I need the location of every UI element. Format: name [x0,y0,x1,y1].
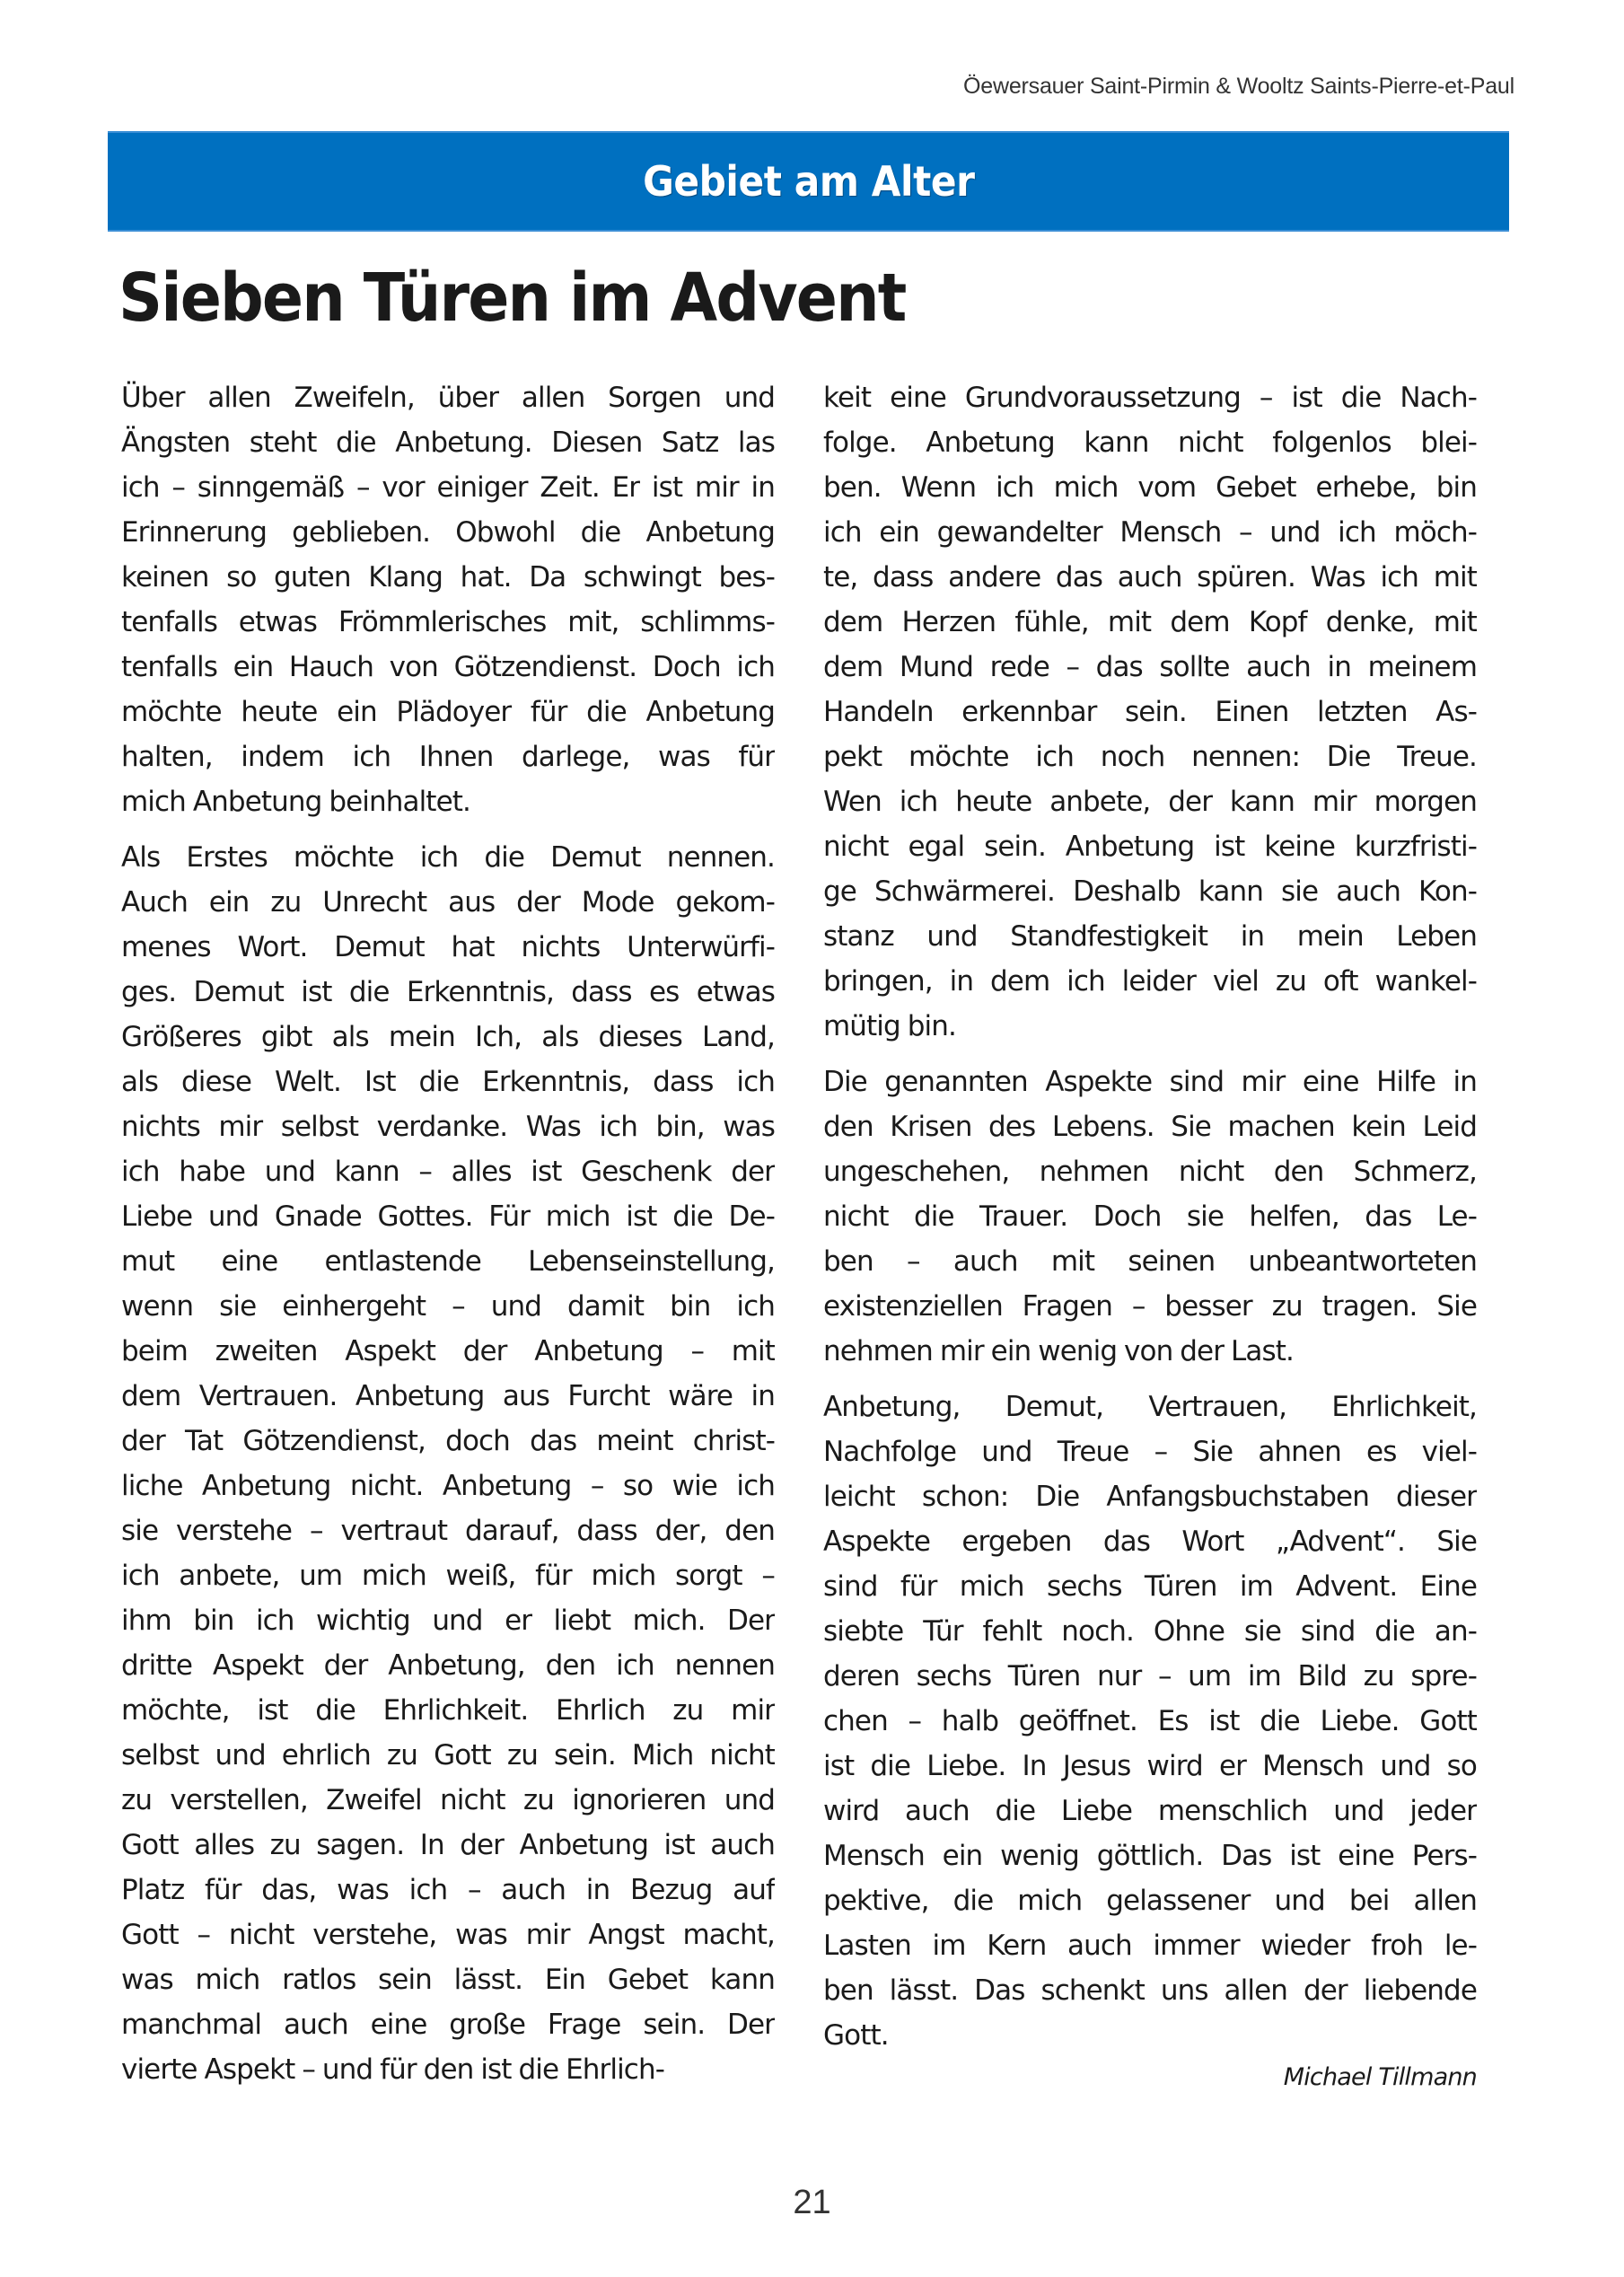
page-number: 21 [0,2184,1624,2222]
text-line: wenn sie einhergeht – und damit bin ich [121,1284,775,1329]
paragraph: keit eine Grundvoraussetzung – ist die N… [823,375,1477,1049]
text-line: menes Wort. Demut hat nichts Unterwürfi- [121,925,775,970]
right-column: keit eine Grundvoraussetzung – ist die N… [823,375,1477,2091]
paragraph: Die genannten Aspekte sind mir eine Hilf… [823,1059,1477,1374]
text-line: halten, indem ich Ihnen darlege, was für [121,734,775,779]
text-line: Als Erstes möchte ich die Demut nennen. [121,835,775,880]
text-line: mut eine entlastende Lebenseinstellung, [121,1239,775,1284]
text-line: te, dass andere das auch spüren. Was ich… [823,555,1477,600]
text-line: liche Anbetung nicht. Anbetung – so wie … [121,1464,775,1508]
text-line: zu verstellen, Zweifel nicht zu ignorier… [121,1778,775,1823]
paragraph: Als Erstes möchte ich die Demut nennen.A… [121,835,775,2092]
text-line: den Krisen des Lebens. Sie machen kein L… [823,1104,1477,1149]
text-line: Platz für das, was ich – auch in Bezug a… [121,1868,775,1912]
text-line: chen – halb geöffnet. Es ist die Liebe. … [823,1699,1477,1744]
text-line: folge. Anbetung kann nicht folgenlos ble… [823,420,1477,465]
text-line: Über allen Zweifeln, über allen Sorgen u… [121,375,775,420]
text-line: deren sechs Türen nur – um im Bild zu sp… [823,1654,1477,1699]
text-line: Nachfolge und Treue – Sie ahnen es viel- [823,1429,1477,1474]
text-line: dritte Aspekt der Anbetung, den ich nenn… [121,1643,775,1688]
text-line: der Tat Götzendienst, doch das meint chr… [121,1419,775,1464]
text-line: ist die Liebe. In Jesus wird er Mensch u… [823,1744,1477,1789]
left-column: Über allen Zweifeln, über allen Sorgen u… [121,375,775,2103]
text-line: pekt möchte ich noch nennen: Die Treue. [823,734,1477,779]
text-line: ungeschehen, nehmen nicht den Schmerz, [823,1149,1477,1194]
paragraph: Anbetung, Demut, Vertrauen, Ehrlichkeit,… [823,1385,1477,2058]
text-line: Gott – nicht verstehe, was mir Angst mac… [121,1912,775,1957]
text-line: mich Anbetung beinhaltet. [121,779,775,824]
text-line: dem Herzen fühle, mit dem Kopf denke, mi… [823,600,1477,645]
text-line: Handeln erkennbar sein. Einen letzten As… [823,690,1477,734]
text-line: ich anbete, um mich weiß, für mich sorgt… [121,1553,775,1598]
text-line: dem Vertrauen. Anbetung aus Furcht wäre … [121,1374,775,1419]
article-title: Sieben Türen im Advent [119,262,905,334]
text-line: Wen ich heute anbete, der kann mir morge… [823,779,1477,824]
text-line: tenfalls etwas Frömmlerisches mit, schli… [121,600,775,645]
text-line: ge Schwärmerei. Deshalb kann sie auch Ko… [823,869,1477,914]
text-line: ben – auch mit seinen unbeantworteten [823,1239,1477,1284]
text-line: Ängsten steht die Anbetung. Diesen Satz … [121,420,775,465]
text-line: ich – sinngemäß – vor einiger Zeit. Er i… [121,465,775,510]
text-line: bringen, in dem ich leider viel zu oft w… [823,959,1477,1004]
text-line: ihm bin ich wichtig und er liebt mich. D… [121,1598,775,1643]
text-line: Liebe und Gnade Gottes. Für mich ist die… [121,1194,775,1239]
text-line: beim zweiten Aspekt der Anbetung – mit [121,1329,775,1374]
text-line: was mich ratlos sein lässt. Ein Gebet ka… [121,1957,775,2002]
text-line: ich ein gewandelter Mensch – und ich möc… [823,510,1477,555]
text-line: pektive, die mich gelassener und bei all… [823,1878,1477,1923]
text-line: siebte Tür fehlt noch. Ohne sie sind die… [823,1609,1477,1654]
text-line: ges. Demut ist die Erkenntnis, dass es e… [121,970,775,1015]
text-line: möchte, ist die Ehrlichkeit. Ehrlich zu … [121,1688,775,1733]
text-line: Gott alles zu sagen. In der Anbetung ist… [121,1823,775,1868]
text-line: ben. Wenn ich mich vom Gebet erhebe, bin [823,465,1477,510]
text-line: nicht egal sein. Anbetung ist keine kurz… [823,824,1477,869]
text-line: Aspekte ergeben das Wort „Advent“. Sie [823,1519,1477,1564]
section-banner: Gebiet am Alter [108,131,1509,232]
text-line: selbst und ehrlich zu Gott zu sein. Mich… [121,1733,775,1778]
text-line: vierte Aspekt – und für den ist die Ehrl… [121,2047,775,2092]
running-head: Öewersauer Saint-Pirmin & Wooltz Saints-… [963,74,1514,100]
text-line: Die genannten Aspekte sind mir eine Hilf… [823,1059,1477,1104]
text-line: als diese Welt. Ist die Erkenntnis, dass… [121,1059,775,1104]
text-line: ben lässt. Das schenkt uns allen der lie… [823,1968,1477,2013]
text-line: tenfalls ein Hauch von Götzendienst. Doc… [121,645,775,690]
text-line: ich habe und kann – alles ist Geschenk d… [121,1149,775,1194]
text-line: nehmen mir ein wenig von der Last. [823,1329,1477,1374]
text-line: dem Mund rede – das sollte auch in meine… [823,645,1477,690]
text-line: Anbetung, Demut, Vertrauen, Ehrlichkeit, [823,1385,1477,1429]
text-line: mütig bin. [823,1004,1477,1049]
text-line: Auch ein zu Unrecht aus der Mode gekom- [121,880,775,925]
text-line: keinen so guten Klang hat. Da schwingt b… [121,555,775,600]
text-line: nichts mir selbst verdanke. Was ich bin,… [121,1104,775,1149]
author-signature: Michael Tillmann [823,2063,1477,2091]
text-line: Gott. [823,2013,1477,2058]
text-line: leicht schon: Die Anfangsbuchstaben dies… [823,1474,1477,1519]
text-line: möchte heute ein Plädoyer für die Anbetu… [121,690,775,734]
text-line: manchmal auch eine große Frage sein. Der [121,2002,775,2047]
text-line: Größeres gibt als mein Ich, als dieses L… [121,1015,775,1059]
text-line: sind für mich sechs Türen im Advent. Ein… [823,1564,1477,1609]
text-line: keit eine Grundvoraussetzung – ist die N… [823,375,1477,420]
text-line: stanz und Standfestigkeit in mein Leben [823,914,1477,959]
section-banner-title: Gebiet am Alter [643,157,974,206]
text-line: Mensch ein wenig göttlich. Das ist eine … [823,1833,1477,1878]
text-line: wird auch die Liebe menschlich und jeder [823,1789,1477,1833]
text-line: nicht die Trauer. Doch sie helfen, das L… [823,1194,1477,1239]
text-line: Lasten im Kern auch immer wieder froh le… [823,1923,1477,1968]
text-line: Erinnerung geblieben. Obwohl die Anbetun… [121,510,775,555]
text-line: existenziellen Fragen – besser zu tragen… [823,1284,1477,1329]
text-line: sie verstehe – vertraut darauf, dass der… [121,1508,775,1553]
paragraph: Über allen Zweifeln, über allen Sorgen u… [121,375,775,824]
